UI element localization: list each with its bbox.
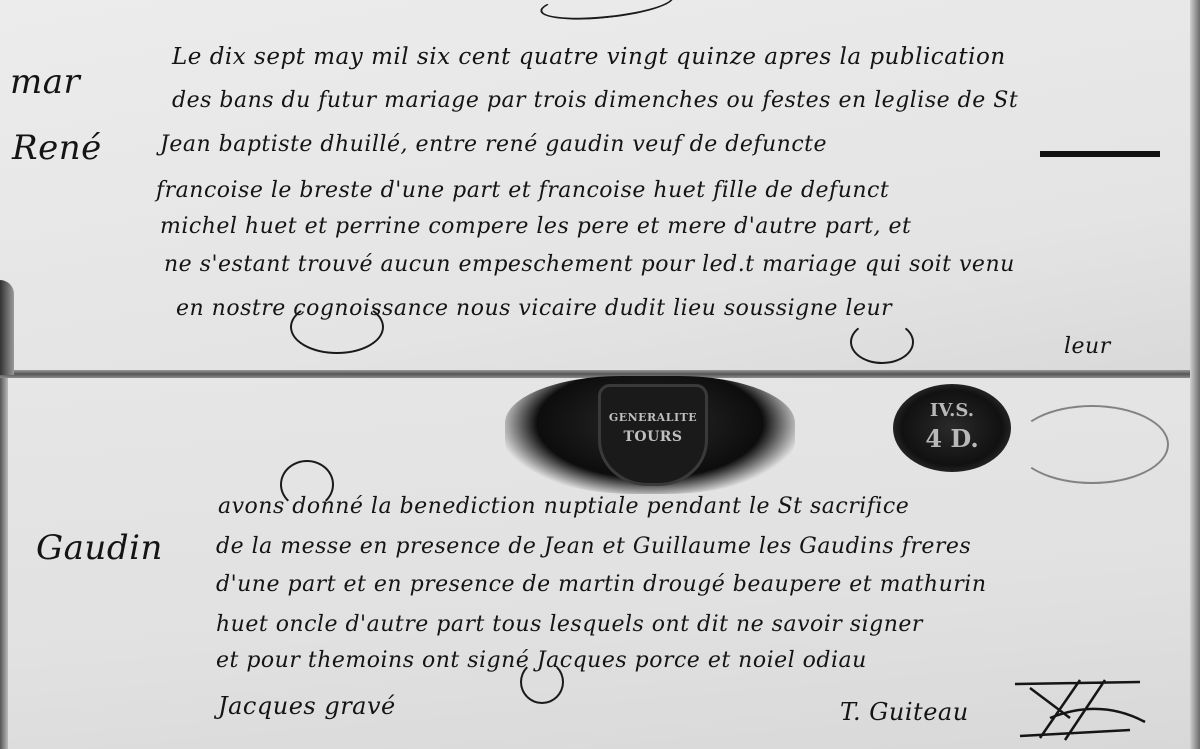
text-line-11: d'une part et en presence de martin drou… [216,572,987,597]
text-line-6: ne s'estant trouvé aucun empeschement po… [164,252,1015,277]
text-line-7: en nostre cognoissance nous vicaire dudi… [176,296,892,321]
page-edge-shadow [1190,0,1200,749]
text-line-1: Le dix sept may mil six cent quatre ving… [172,44,1006,70]
text-line-3: Jean baptiste dhuillé, entre rené gaudin… [160,132,827,157]
margin-note-mar: mar [10,62,80,102]
paraph-flourish [1015,405,1169,484]
coat-of-arms-icon: GENERALITE TOURS [598,384,708,486]
page-edge-shadow [0,378,8,749]
generalite-tours-stamp: GENERALITE TOURS [505,376,795,494]
text-line-4: francoise le breste d'une part et franco… [156,178,889,203]
stamp-text-value: IV.S. [893,400,1011,421]
text-line-10: de la messe en presence de Jean et Guill… [216,534,971,559]
ink-flourish [280,460,334,509]
page-edge-shadow [0,280,14,375]
text-line-5: michel huet et perrine compere les pere … [160,214,911,239]
cross-signature-mark-icon [1010,678,1150,742]
signature-guiteau: T. Guiteau [840,698,969,726]
tax-stamp: IV.S. 4 D. [893,384,1011,472]
stamp-text-tours: TOURS [601,429,705,445]
text-line-12: huet oncle d'autre part tous lesquels on… [216,612,923,637]
struck-out-word [1040,151,1160,157]
ink-flourish [850,320,914,364]
stamp-text-generalite: GENERALITE [601,411,705,424]
margin-note-gaudin: Gaudin [36,528,163,568]
signature-jacques-grave: Jacques gravé [218,692,396,720]
stamp-text-denomination: 4 D. [893,424,1011,453]
ink-flourish [520,660,564,704]
text-line-8: leur [1064,334,1111,359]
ink-flourish [290,300,384,354]
text-line-2: des bans du futur mariage par trois dime… [172,88,1018,113]
margin-note-rene: René [12,128,102,168]
